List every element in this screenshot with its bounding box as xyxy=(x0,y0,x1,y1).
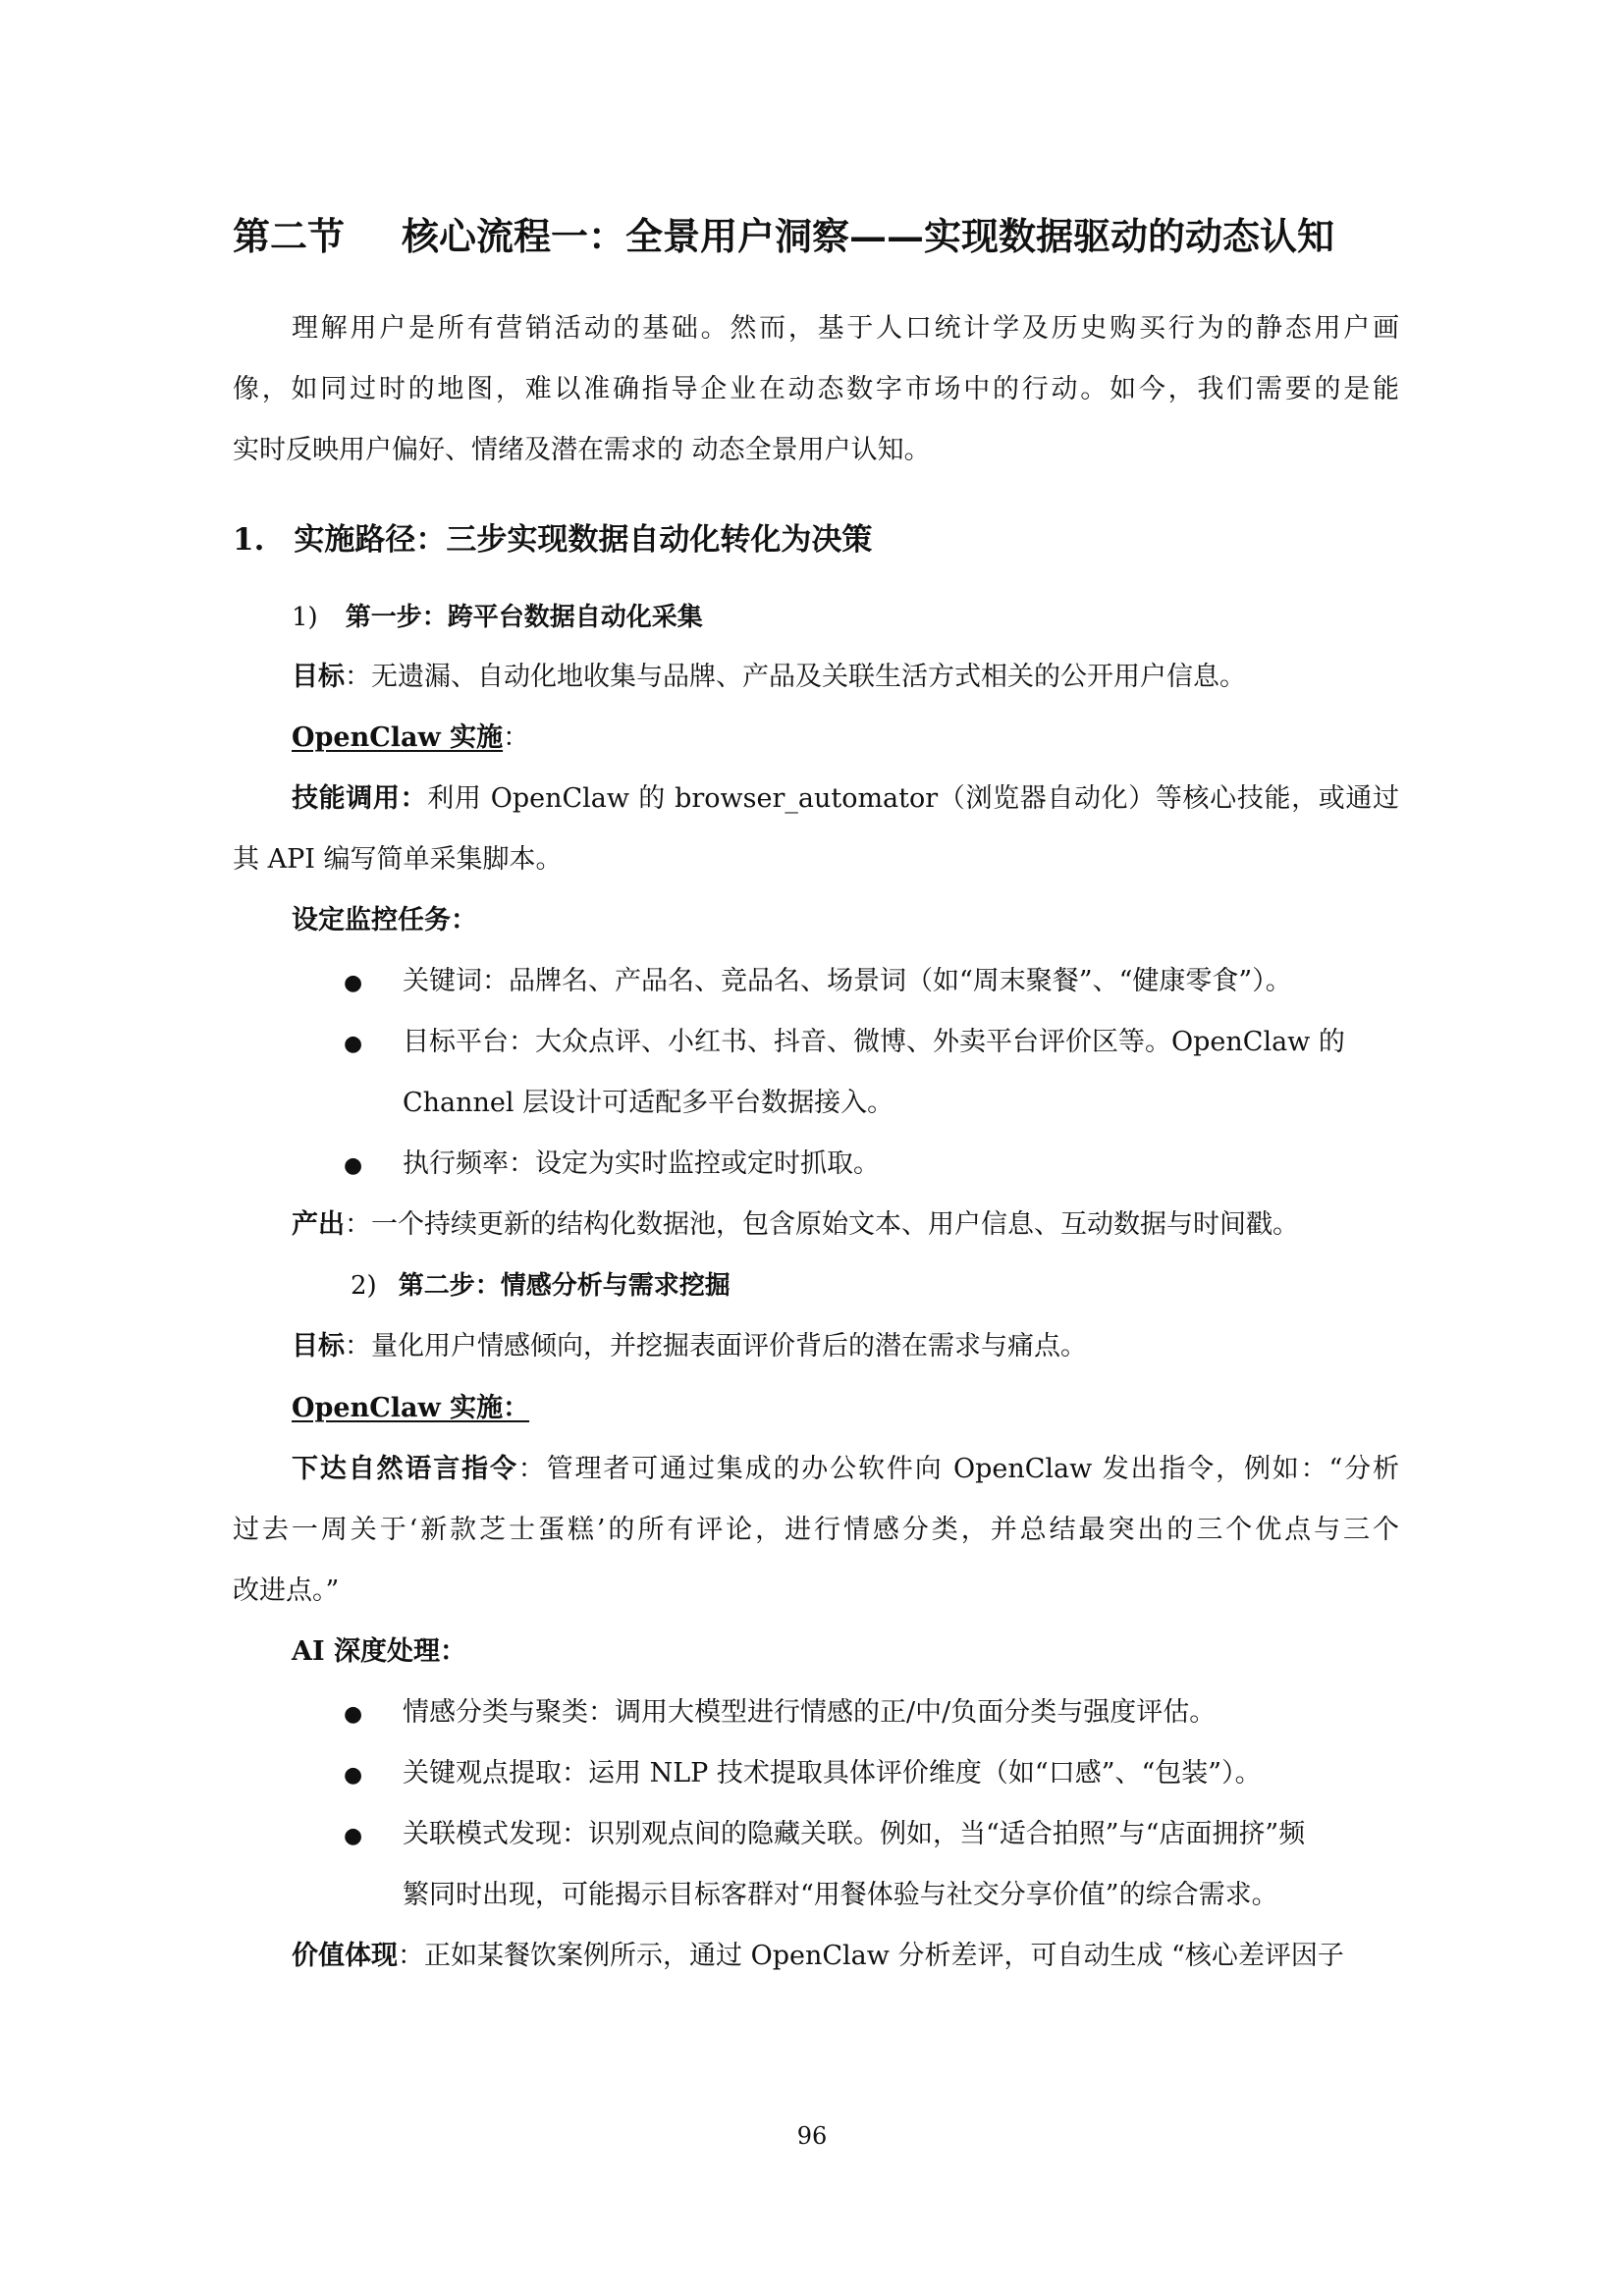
list-item: ●目标平台：大众点评、小红书、抖音、微博、外卖平台评价区等。OpenClaw 的 xyxy=(344,1026,1345,1061)
output-text: ：一个持续更新的结构化数据池，包含原始文本、用户信息、互动数据与时间戳。 xyxy=(345,1209,1299,1240)
intro-line-1: 理解用户是所有营销活动的基础。然而，基于人口统计学及历史购买行为的静态用户画 xyxy=(292,312,1399,346)
goal-text: ：无遗漏、自动化地收集与品牌、产品及关联生活方式相关的公开用户信息。 xyxy=(345,662,1246,692)
openclaw-impl-label: OpenClaw 实施： xyxy=(292,1393,529,1423)
output-label: 产出 xyxy=(292,1209,345,1240)
list-item: ●执行频率：设定为实时监控或定时抓取。 xyxy=(344,1148,880,1183)
value-text: ：正如某餐饮案例所示，通过 OpenClaw 分析差评，可自动生成 “核心差评因… xyxy=(398,1941,1344,1971)
impl-colon: ： xyxy=(503,722,529,753)
value-label: 价值体现 xyxy=(292,1941,398,1971)
bullet-icon: ● xyxy=(344,1820,403,1853)
list-item: ●情感分类与聚类：调用大模型进行情感的正/中/负面分类与强度评估。 xyxy=(344,1696,1216,1732)
step-1-number: 1) xyxy=(292,603,318,632)
step-1-impl: OpenClaw 实施： xyxy=(292,721,529,755)
list-item-continuation: Channel 层设计可适配多平台数据接入。 xyxy=(403,1087,893,1120)
step-1-goal: 目标：无遗漏、自动化地收集与品牌、产品及关联生活方式相关的公开用户信息。 xyxy=(292,661,1246,694)
goal-label: 目标 xyxy=(292,662,345,692)
subsection-heading: 1.实施路径：三步实现数据自动化转化为决策 xyxy=(233,520,872,560)
document-page: 第二节核心流程一：全景用户洞察——实现数据驱动的动态认知 理解用户是所有营销活动… xyxy=(0,0,1624,2296)
list-item: ●关联模式发现：识别观点间的隐藏关联。例如，当“适合拍照”与“店面拥挤”频 xyxy=(344,1818,1305,1853)
goal-text: ：量化用户情感倾向，并挖掘表面评价背后的潜在需求与痛点。 xyxy=(345,1331,1087,1362)
step-1-title: 第一步：跨平台数据自动化采集 xyxy=(346,603,703,632)
section-heading: 第二节核心流程一：全景用户洞察——实现数据驱动的动态认知 xyxy=(233,214,1334,259)
skill-line-2: 其 API 编写简单采集脚本。 xyxy=(233,843,563,877)
step-2-number: 2) xyxy=(351,1271,377,1301)
instruction-line-3: 改进点。” xyxy=(233,1575,339,1608)
list-item: ●关键词：品牌名、产品名、竞品名、场景词（如“周末聚餐”、“健康零食”）。 xyxy=(344,965,1292,1000)
step-1-heading: 1)第一步：跨平台数据自动化采集 xyxy=(292,601,703,634)
monitor-task-label: 设定监控任务： xyxy=(292,904,477,937)
section-number: 第二节 xyxy=(233,214,345,258)
bullet-icon: ● xyxy=(344,1759,403,1792)
list-item-continuation: 繁同时出现，可能揭示目标客群对“用餐体验与社交分享价值”的综合需求。 xyxy=(403,1879,1278,1912)
skill-text: 利用 OpenClaw 的 browser_automator（浏览器自动化）等… xyxy=(427,783,1399,814)
intro-line-2: 像，如同过时的地图，难以准确指导企业在动态数字市场中的行动。如今，我们需要的是能 xyxy=(233,373,1399,406)
step-2-goal: 目标：量化用户情感倾向，并挖掘表面评价背后的潜在需求与痛点。 xyxy=(292,1330,1087,1363)
section-title: 核心流程一：全景用户洞察——实现数据驱动的动态认知 xyxy=(402,214,1334,258)
skill-line-1: 技能调用：利用 OpenClaw 的 browser_automator（浏览器… xyxy=(292,782,1399,816)
bullet-icon: ● xyxy=(344,967,403,1000)
step-2-heading: 2)第二步：情感分析与需求挖掘 xyxy=(351,1269,731,1303)
skill-label: 技能调用： xyxy=(292,783,427,814)
openclaw-impl-label: OpenClaw 实施 xyxy=(292,722,503,753)
goal-label: 目标 xyxy=(292,1331,345,1362)
list-item: ●关键观点提取：运用 NLP 技术提取具体评价维度（如“口感”、“包装”）。 xyxy=(344,1757,1262,1792)
step-1-output: 产出：一个持续更新的结构化数据池，包含原始文本、用户信息、互动数据与时间戳。 xyxy=(292,1208,1299,1242)
page-number: 96 xyxy=(0,2122,1624,2150)
subsection-title: 实施路径：三步实现数据自动化转化为决策 xyxy=(294,522,872,558)
value-statement: 价值体现：正如某餐饮案例所示，通过 OpenClaw 分析差评，可自动生成 “核… xyxy=(292,1940,1344,1973)
bullet-icon: ● xyxy=(344,1698,403,1732)
bullet-icon: ● xyxy=(344,1149,403,1183)
step-2-title: 第二步：情感分析与需求挖掘 xyxy=(399,1271,731,1301)
instruction-line-1: 下达自然语言指令：管理者可通过集成的办公软件向 OpenClaw 发出指令，例如… xyxy=(292,1453,1399,1486)
instruction-label: 下达自然语言指令 xyxy=(292,1454,518,1484)
instruction-line-2: 过去一周关于‘新款芝士蛋糕’的所有评论，进行情感分类，并总结最突出的三个优点与三… xyxy=(233,1514,1399,1547)
intro-line-3: 实时反映用户偏好、情绪及潜在需求的 动态全景用户认知。 xyxy=(233,434,931,467)
step-2-impl: OpenClaw 实施： xyxy=(292,1392,529,1425)
subsection-number: 1. xyxy=(233,522,264,558)
bullet-icon: ● xyxy=(344,1028,403,1061)
ai-processing-label: AI 深度处理： xyxy=(292,1635,466,1669)
